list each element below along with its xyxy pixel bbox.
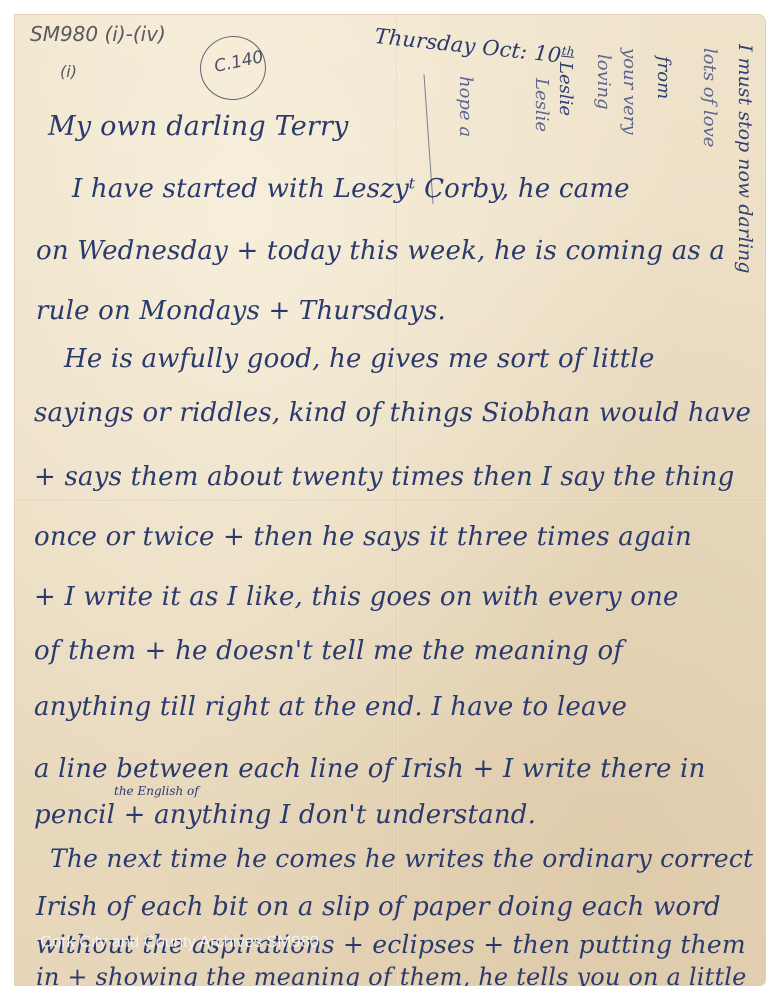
horizontal-fold-crease: [14, 500, 766, 502]
margin-note-lots-of-love: lots of love: [698, 48, 720, 147]
body-line-7: once or twice + then he says it three ti…: [34, 522, 692, 552]
body-line-12: pencil + anything I don't understand.: [34, 800, 536, 830]
body-line-16: in + showing the meaning of them, he tel…: [36, 962, 747, 986]
body-line-1: I have started with Leszyᵗ Corby, he cam…: [72, 174, 630, 204]
archive-watermark: Cork City and County Archives SM980: [40, 932, 319, 952]
body-line-10: anything till right at the end. I have t…: [34, 692, 627, 722]
margin-note-signature-1: Leslie: [554, 62, 576, 116]
margin-note-hope: hope a: [454, 76, 476, 137]
margin-note-must-stop: I must stop now darling: [734, 44, 756, 273]
body-line-2: on Wednesday + today this week, he is co…: [36, 236, 725, 266]
body-line-4: He is awfully good, he gives me sort of …: [64, 344, 655, 374]
date-value: Oct: 10: [481, 35, 562, 67]
letter-page: SM980 (i)-(iv) (i) C.140 Thursday Oct: 1…: [14, 14, 766, 986]
body-line-14: Irish of each bit on a slip of paper doi…: [36, 892, 721, 922]
margin-note-your-very: your very: [618, 48, 640, 135]
body-line-9: of them + he doesn't tell me the meaning…: [34, 636, 623, 666]
margin-note-loving: loving: [592, 54, 614, 110]
date-line: Thursday Oct: 10th: [373, 24, 575, 69]
body-line-3: rule on Mondays + Thursdays.: [36, 296, 446, 326]
salutation: My own darling Terry: [48, 112, 349, 142]
date-day: Thursday: [373, 24, 476, 58]
body-line-11: a line between each line of Irish + I wr…: [34, 754, 706, 784]
archive-reference: SM980 (i)-(iv): [30, 22, 166, 46]
page-number: (i): [60, 62, 77, 81]
body-line-5: sayings or riddles, kind of things Siobh…: [34, 398, 751, 428]
body-line-13: The next time he comes he writes the ord…: [50, 844, 753, 874]
margin-note-signature-2: Leslie: [530, 78, 552, 132]
body-line-6: + says them about twenty times then I sa…: [34, 462, 734, 492]
margin-note-from: from: [652, 56, 674, 99]
date-suffix: th: [561, 44, 575, 59]
interlinear-insertion: the English of: [114, 784, 199, 798]
body-line-8: + I write it as I like, this goes on wit…: [34, 582, 679, 612]
